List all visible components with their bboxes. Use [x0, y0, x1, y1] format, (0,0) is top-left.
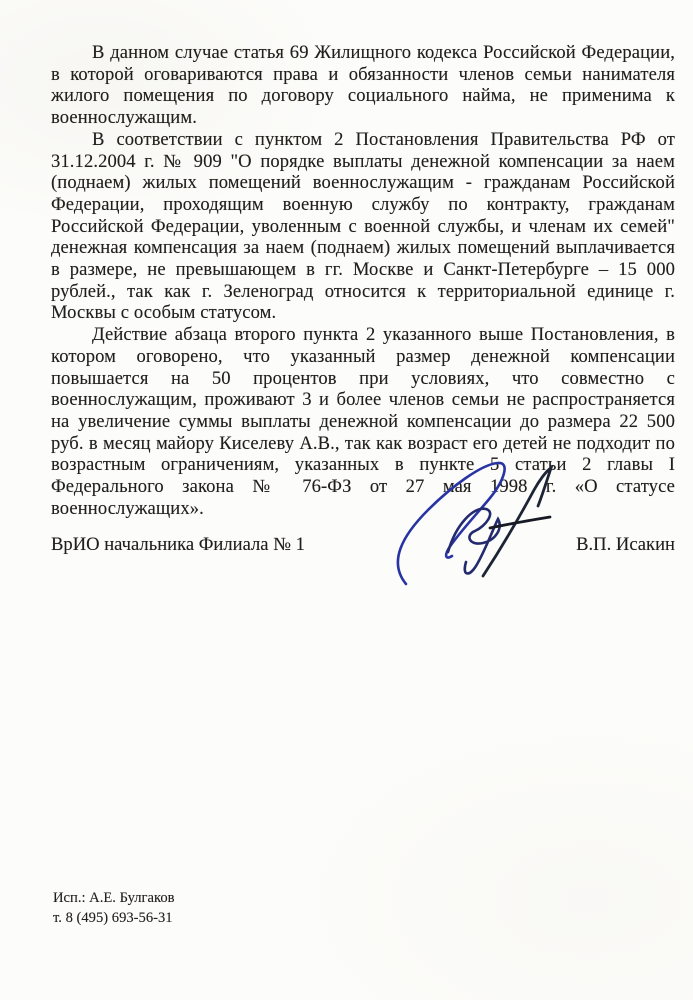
signature-block: ВрИО начальника Филиала № 1 В.П. Исакин: [51, 534, 675, 556]
executor-footer: Исп.: А.Е. Булгаков т. 8 (495) 693-56-31: [53, 888, 175, 928]
executor-phone: т. 8 (495) 693-56-31: [53, 908, 175, 928]
executor-name: Исп.: А.Е. Булгаков: [53, 888, 175, 908]
scanned-document-page: В данном случае статья 69 Жилищного коде…: [0, 0, 693, 1000]
paragraph-3: Действие абзаца второго пункта 2 указанн…: [51, 324, 675, 519]
signer-position-label: ВрИО начальника Филиала № 1: [51, 534, 305, 556]
paragraph-1: В данном случае статья 69 Жилищного коде…: [51, 42, 675, 129]
handwritten-signature-icon: [386, 456, 558, 596]
signer-name: В.П. Исакин: [576, 534, 675, 556]
paragraph-2: В соответствии с пунктом 2 Постановления…: [51, 129, 675, 324]
document-body: В данном случае статья 69 Жилищного коде…: [51, 42, 675, 519]
